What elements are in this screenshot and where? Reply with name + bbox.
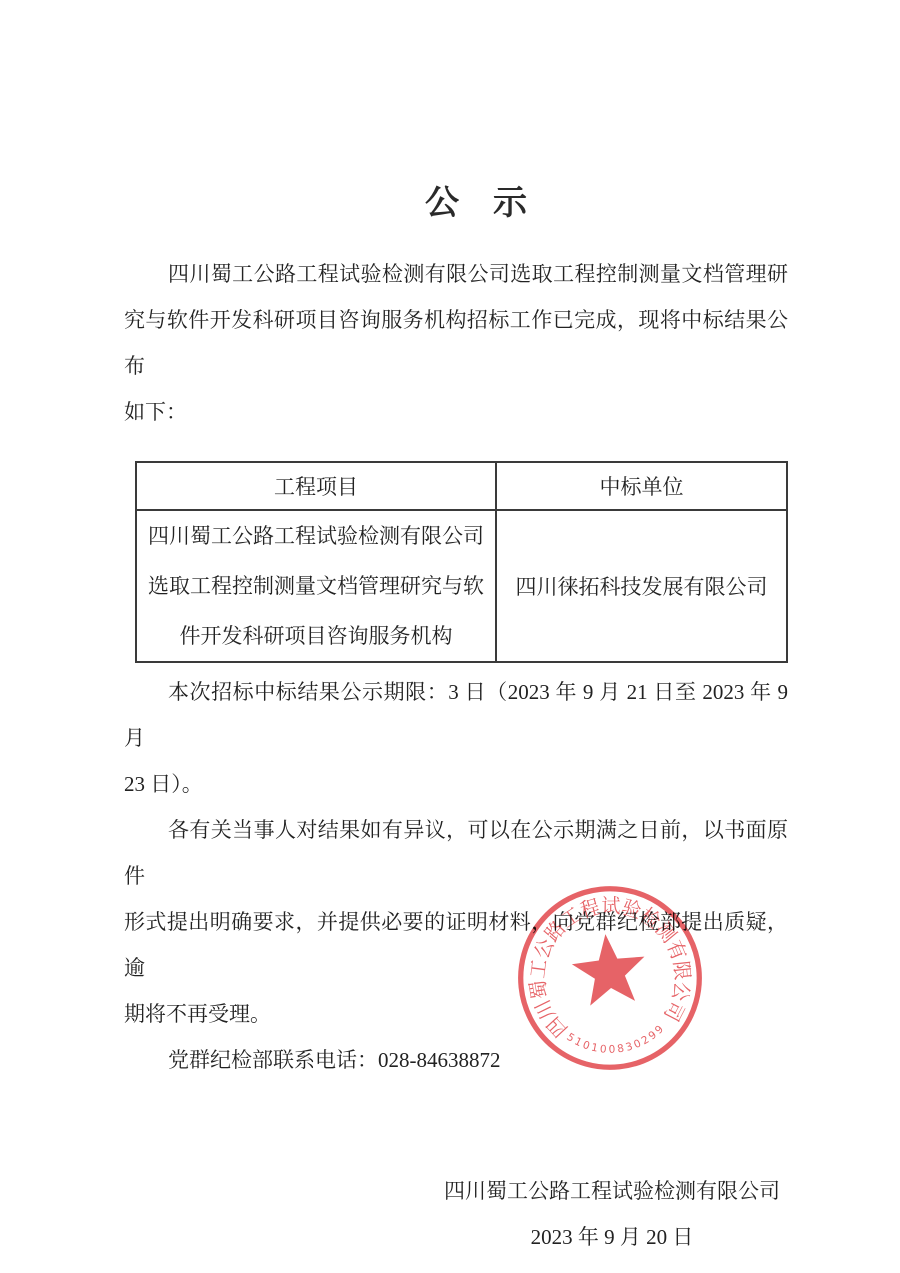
- objection-line: 各有关当事人对结果如有异议，可以在公示期满之日前，以书面原件: [124, 807, 788, 899]
- table-header-row: 工程项目 中标单位: [136, 462, 787, 510]
- intro-paragraph: 四川蜀工公路工程试验检测有限公司选取工程控制测量文档管理研 究与软件开发科研项目…: [124, 251, 788, 435]
- intro-line: 四川蜀工公路工程试验检测有限公司选取工程控制测量文档管理研: [124, 251, 788, 297]
- document-content: 公 示 四川蜀工公路工程试验检测有限公司选取工程控制测量文档管理研 究与软件开发…: [124, 0, 788, 1260]
- column-header-project: 工程项目: [136, 462, 496, 510]
- objection-paragraph: 各有关当事人对结果如有异议，可以在公示期满之日前，以书面原件 形式提出明确要求，…: [124, 807, 788, 1037]
- objection-line: 期将不再受理。: [124, 991, 788, 1037]
- project-name-cell: 四川蜀工公路工程试验检测有限公司 选取工程控制测量文档管理研究与软 件开发科研项…: [136, 510, 496, 662]
- bid-result-table: 工程项目 中标单位 四川蜀工公路工程试验检测有限公司 选取工程控制测量文档管理研…: [135, 461, 788, 663]
- project-name-line: 四川蜀工公路工程试验检测有限公司: [137, 511, 495, 561]
- contact-phone-line: 党群纪检部联系电话：028-84638872: [124, 1037, 788, 1083]
- signature-date: 2023 年 9 月 20 日: [436, 1214, 788, 1260]
- objection-line: 形式提出明确要求，并提供必要的证明材料，向党群纪检部提出质疑，逾: [124, 899, 788, 991]
- page-title: 公 示: [124, 0, 788, 227]
- table-row: 四川蜀工公路工程试验检测有限公司 选取工程控制测量文档管理研究与软 件开发科研项…: [136, 510, 787, 662]
- signature-company: 四川蜀工公路工程试验检测有限公司: [436, 1168, 788, 1214]
- contact-paragraph: 党群纪检部联系电话：028-84638872: [124, 1037, 788, 1083]
- intro-line: 究与软件开发科研项目咨询服务机构招标工作已完成，现将中标结果公布: [124, 297, 788, 389]
- publicity-period-line: 本次招标中标结果公示期限：3 日（2023 年 9 月 21 日至 2023 年…: [124, 669, 788, 761]
- project-name-line: 选取工程控制测量文档管理研究与软: [137, 561, 495, 611]
- publicity-period-line: 23 日）。: [124, 761, 788, 807]
- project-name-line: 件开发科研项目咨询服务机构: [137, 611, 495, 661]
- publicity-period-paragraph: 本次招标中标结果公示期限：3 日（2023 年 9 月 21 日至 2023 年…: [124, 669, 788, 807]
- document-page: 公 示 四川蜀工公路工程试验检测有限公司选取工程控制测量文档管理研 究与软件开发…: [0, 0, 900, 1273]
- intro-line: 如下：: [124, 389, 788, 435]
- winning-bidder-cell: 四川徕拓科技发展有限公司: [496, 510, 787, 662]
- column-header-winner: 中标单位: [496, 462, 787, 510]
- signature-block: 四川蜀工公路工程试验检测有限公司 2023 年 9 月 20 日: [436, 1168, 788, 1260]
